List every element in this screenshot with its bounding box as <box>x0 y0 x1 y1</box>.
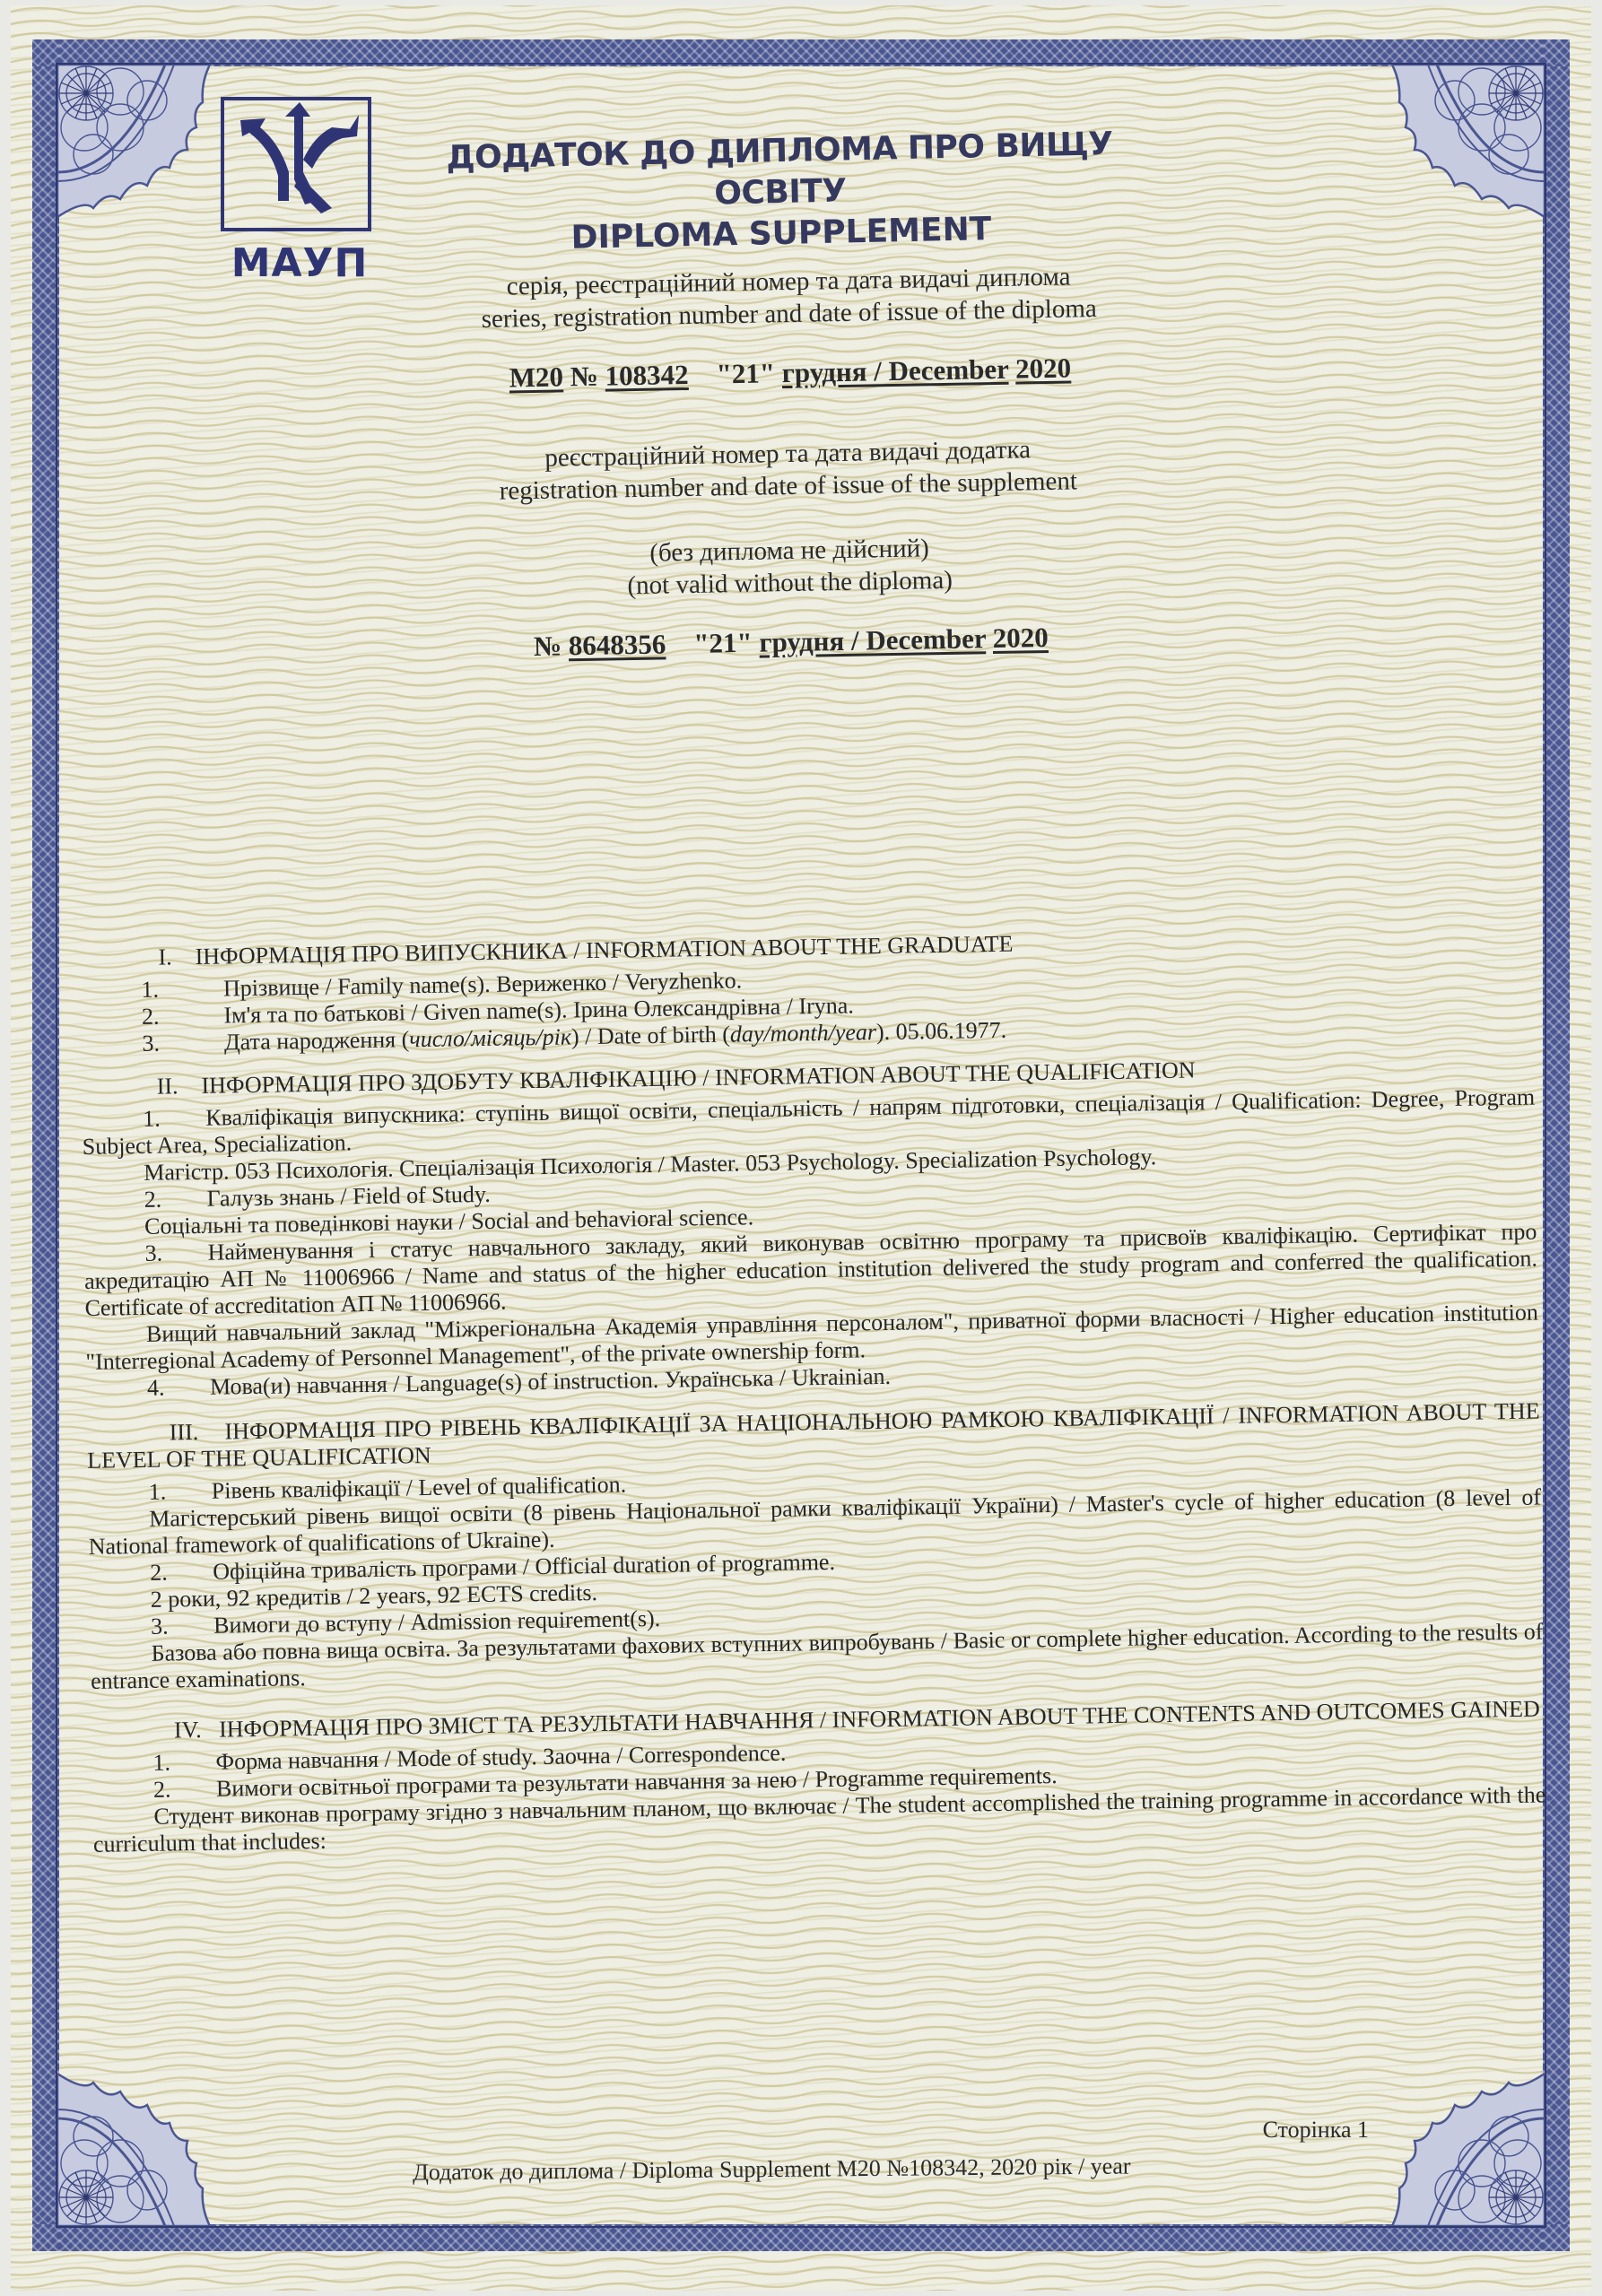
dob-value: ). 05.06.1977. <box>876 1017 1007 1045</box>
maup-logo-icon <box>224 100 368 228</box>
corner-rosette-icon <box>57 2074 210 2226</box>
item-number: 3. <box>144 1239 207 1267</box>
section-number: III. <box>170 1419 199 1446</box>
page-number: Сторінка 1 <box>1263 2117 1369 2144</box>
dob-format-en: day/month/year <box>730 1019 877 1048</box>
number-sign: № <box>570 361 598 393</box>
item-number: 1. <box>80 975 223 1004</box>
item-number: 1. <box>143 1105 205 1133</box>
section-number: I. <box>158 944 172 970</box>
diploma-series: М20 <box>509 361 563 393</box>
item-number: 4. <box>147 1374 210 1402</box>
section-title: ІНФОРМАЦІЯ ПРО ВИПУСКНИКА / INFORMATION … <box>195 931 1013 970</box>
item-number: 2. <box>150 1559 213 1587</box>
supplement-month: грудня / December <box>759 622 986 657</box>
corner-rosette-icon <box>1392 65 1545 217</box>
title-ukrainian: ДОДАТОК ДО ДИПЛОМА ПРО ВИЩУ ОСВІТУ <box>421 124 1140 222</box>
maup-logo: МАУП <box>221 97 379 285</box>
section-number: IV. <box>174 1717 202 1743</box>
item-number: 1. <box>152 1749 215 1777</box>
item-number: 2. <box>80 1002 223 1031</box>
supplement-year: 2020 <box>992 622 1049 654</box>
supplement-info: реєстраційний номер та дата видачі додат… <box>393 430 1186 666</box>
logo-frame <box>221 97 371 231</box>
document-body: I. ІНФОРМАЦІЯ ПРО ВИПУСКНИКА / INFORMATI… <box>79 910 1546 1858</box>
dob-text: Дата народження ( <box>224 1026 410 1055</box>
item-number: 3. <box>151 1613 213 1640</box>
diploma-number: 108342 <box>605 359 689 392</box>
diploma-month: грудня / December <box>781 353 1008 388</box>
corner-rosette-icon <box>57 65 210 217</box>
item-number: 2. <box>144 1186 206 1213</box>
field-of-study-label: Галузь знань / Field of Study. <box>206 1181 490 1212</box>
diploma-info: серія, реєстраційний номер та дата видач… <box>394 258 1185 397</box>
supplement-number: 8648356 <box>568 628 666 661</box>
supplement-day: "21" <box>693 627 753 659</box>
dob-text: ) / Date of birth ( <box>571 1022 730 1050</box>
dob-format-uk: число/місяць/рік <box>409 1023 571 1052</box>
corner-rosette-icon <box>1392 2074 1545 2226</box>
number-sign: № <box>534 630 562 662</box>
item-number: 3. <box>81 1029 224 1058</box>
logo-abbreviation: МАУП <box>221 240 379 286</box>
document-title: ДОДАТОК ДО ДИПЛОМА ПРО ВИЩУ ОСВІТУ DIPLO… <box>421 124 1141 263</box>
item-number: 1. <box>149 1478 212 1506</box>
diploma-year: 2020 <box>1015 352 1072 385</box>
section-number: II. <box>156 1073 178 1099</box>
item-number: 2. <box>153 1776 216 1804</box>
diploma-day: "21" <box>716 357 775 389</box>
